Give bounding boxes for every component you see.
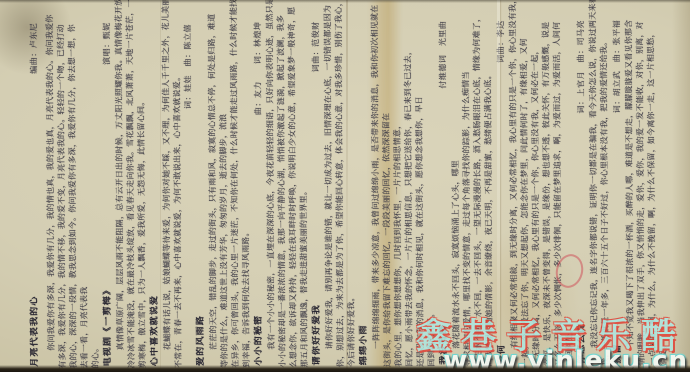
lyric-text: 你问我爱你有多深，我爱你有几分，我的情也真，我的爱也真，月亮代表我的心。你问我爱… bbox=[45, 15, 56, 351]
song-title-text: 绵绵小雨 bbox=[359, 324, 369, 365]
lyric-text: 我没忘记你忘记我，连名字你都说错，证明你一切都是在骗我，看今天你怎么说，你说过两… bbox=[588, 0, 599, 348]
lyric-text: 寻求相知的爱情，哪里找不变的情意，走过每个角落寻找你的踪影，为什么痴情当 bbox=[461, 71, 472, 366]
song-credits: 编曲：卢东尼 bbox=[28, 23, 39, 74]
lyric-line: 叫我梦里相随她的倩影，余音缭绕，夜已天明，不再是甜蜜，愁绪便占满我心底。 bbox=[482, 0, 496, 369]
lyric-text: 我，一等就是一年多，三百六十五个日子不好过，你心里根本没有我，把我的爱情还给我。 bbox=[599, 38, 610, 366]
song-title-text: 请你好好爱我 bbox=[312, 304, 322, 365]
lyric-text: 叫我梦里相随她的倩影，余音缭绕，夜已天明，不再是甜蜜，愁绪便占满我心底。 bbox=[483, 71, 494, 366]
lyric-line: 回到我的怀里。 bbox=[424, 0, 438, 370]
lyric-text: 有多深，我爱你有几分，我的情不移，我的爱不变，月亮代表我的心。轻轻的一个吻，已经… bbox=[56, 24, 67, 368]
lyric-text: 我的心，深深的一段情，教我思念到如今。你问我爱你有多深，我爱你有几分，你去想一想… bbox=[67, 24, 78, 368]
song-credits: 演唱：甄妮 bbox=[101, 22, 112, 65]
song-title-text: 心中喜欢就说爱 bbox=[150, 295, 160, 366]
lyric-text: 么想念你，欲诉却又矜持，轻轻在我耳畔时时呼唤，你说明白少女的心意，希望爱象梦一般… bbox=[287, 7, 298, 368]
scan-edge-top bbox=[0, 0, 690, 3]
lyric-text: 真情像草原广阔，层层风雨不能阻隔，总有云开日出的时候，万丈阳光照耀你我。真情像梅… bbox=[114, 0, 125, 350]
lyric-text: 不知不觉我又喝下了很浓的一杯酒，买醉的人哪，难道是不想走，朦朦胧胧爱又看见你那含 bbox=[624, 20, 635, 348]
lyric-text: 一阵阵绵绵细雨，带来多少凉意，我曾问过绵绵小雨，是否带来你的消息，我和你初次相见… bbox=[370, 5, 381, 349]
lyric-text: 茫茫的天空，错乱的脚步，走过的街头，只有雨和风，寂寞的心情总不停，何处是归路，难… bbox=[207, 14, 218, 350]
lyric-line: 消受。 bbox=[656, 0, 670, 369]
lyric-line: 到幸福，告诉我到何处去找寻风雨路。 bbox=[239, 0, 253, 371]
lyric-text: 幸福，是快乐，夜深未不曾变得，是错误，是缘份，想也想不透，彼此关怀，有万般感慨，… bbox=[541, 22, 552, 366]
lyrics-sheet-text: 月亮代表我的心编曲：卢东尼你问我爱你有多深，我爱你有几分，我的情也真，我的爱也真… bbox=[0, 0, 690, 372]
lyric-text: 还是没有你的消息，我和你何时相见，就在这街头，愿你想念我想你，早日 bbox=[415, 96, 425, 367]
lyric-text: 请你好好爱我，请别再争论是谁的错，就让一切成为过去，旧情深埋在心底，一切错误都是… bbox=[323, 5, 334, 349]
lyric-text: 有缘相聚又何必常相敍，到无缘时分离，又何必常相忆，我心里有的只是一个你，你心里没… bbox=[508, 0, 519, 348]
lyric-text: 等你的是什么，难道这世上没有芳华，匆匆的岁月，逝去的脚步，流浪 bbox=[219, 114, 229, 368]
lyric-text: 那五月和风的飘逸，替我走进甜蜜美丽的世界里。 bbox=[299, 187, 309, 367]
song-credits: 词曲：范俊财 bbox=[310, 21, 321, 72]
song-title-text: 挽留 bbox=[613, 343, 623, 363]
song-title-text: 电视剧《一剪梅》 bbox=[103, 285, 113, 367]
lyric-line: 剪寒梅，傲立雪中，只为一人飘香，爱我所爱，无怨无悔，此情长留心间。 bbox=[135, 0, 149, 371]
lyric-text: 它走水不回，水不回，一去不回头，一望无际漫漫的长路，酒入愁肠眼泪在心底，情缘为何… bbox=[472, 14, 483, 367]
lyric-text: 冷冷冰雪不能淹没，就在最冷枝头绽放，看见春天走向你我。雪花飘飘，北风萧萧，天地一… bbox=[125, 0, 136, 368]
lyric-line: 我，一等就是一年多，三百六十五个日子不好过，你心里根本没有我，把我的爱情还给我。 bbox=[598, 0, 612, 369]
lyric-text: 今后请你好好爱我。 bbox=[347, 293, 356, 367]
lyric-text: 到幸福，告诉我到何处去找寻风雨路。 bbox=[241, 228, 251, 367]
lyric-text: 这街头，是你给我留下难忘的回忆，一段段美丽的回忆，依然深深留在 bbox=[382, 113, 392, 367]
lyric-text: 消受。 bbox=[659, 341, 668, 366]
song-title-text: 月亮代表我的心 bbox=[30, 295, 40, 366]
lyric-text: 又多么无奈，多少次惆怅，多少次徘徊，只能留在梦里追求，啊，为爱而过，为爱而活，人… bbox=[552, 22, 563, 366]
lyric-text: 你，别想过去，为来为去都是为了你，希望你能回心转意，体会我的心意，对我多珍惜，别… bbox=[334, 0, 345, 367]
scan-edge-bottom bbox=[0, 365, 690, 372]
lyric-text: 我有一个小小的秘密，一直埋在深深的心底，今夜花前轻轻的细语，只好向你表明心迹，虽… bbox=[265, 0, 276, 350]
song-title-text: 我没有醉 bbox=[439, 324, 449, 365]
song-title-text: 你怎么说 bbox=[577, 323, 587, 364]
song-credits: 词：娃娃 曲：陈立僖 bbox=[182, 24, 193, 109]
fold-crease-right bbox=[497, 0, 500, 372]
lyric-text: 日回何处。 bbox=[565, 325, 574, 366]
lyric-line: 那五月和风的飘逸，替我走进甜蜜美丽的世界里。 bbox=[297, 0, 311, 370]
lyric-text: 去看一看，月亮代表我 bbox=[80, 287, 89, 369]
lyric-text: 不常在，青春一去不再来，心中喜欢就说爱，为何不敢说出来，心中喜欢就说爱。 bbox=[172, 73, 183, 368]
lyric-text: 到无缘时分离，又何必常相忆，我心里有的只是一个你，你心里没有我，又何必在一起， bbox=[530, 46, 541, 366]
lyric-line: 日回何处。 bbox=[562, 0, 576, 369]
lyric-text: 花蝴蝶有话儿说，姑娘蝴蝶等待来爱，为何你对她不睬，又不理，为何佳人千千里之外，花… bbox=[161, 0, 172, 350]
lyric-text: 我的心里，想你想你想想你，几时回到我怀里，一片片的相思情意， bbox=[393, 121, 403, 367]
lyric-text: 回忆，愿小雨带去我的怀念，一片片的相思信息，只想把它送给你，春已来到冬已过去， bbox=[403, 47, 414, 367]
lyric-text: 剪寒梅，傲立雪中，只为一人飘香，爱我所爱，无怨无悔，此情长留心间。 bbox=[137, 98, 147, 369]
song-credits: 付维德词 光里曲 bbox=[437, 21, 448, 89]
song-credits: 词：上官月 曲：司马亮 bbox=[575, 20, 586, 114]
song-credits: 词：胡立武 曲：张平福 bbox=[611, 20, 622, 114]
song-credits: 曲：友力 词：林煌坤 bbox=[252, 22, 263, 116]
lyric-text: 回到我的怀里。 bbox=[427, 309, 436, 366]
song-title-text: 爱的风雨路 bbox=[196, 315, 206, 366]
fold-crease-middle bbox=[346, 0, 348, 372]
song-title: 月亮代表我的心编曲：卢东尼 bbox=[28, 0, 42, 372]
scanned-lyrics-sheet: 月亮代表我的心编曲：卢东尼你问我爱你有多深，我爱你有几分，我的情也真，我的爱也真… bbox=[0, 0, 690, 372]
lyric-text: 情的眼眸，当我伸出了双手，你又悄悄的走，爱你，爱你，我的爱一发不能收，对你，别离… bbox=[635, 21, 646, 365]
lyric-text: 一起。今天没法忘了你，明天又想起你，怎能念你在梦里，问此情何时了，有缘相爱，又何 bbox=[519, 38, 530, 366]
lyric-text: 在异乡，你可曾回头，我的心里一片迷茫，不知你在何处，什么时候才能走过风雨路，什么… bbox=[229, 0, 240, 368]
lyric-line: 的心。 bbox=[88, 0, 102, 372]
lyric-text: 小小的秘密却是一番浓浓的情意，我那一向平静的心湖，悄悄被你激起了涟漪，掀起了波澜… bbox=[276, 15, 287, 368]
song-title-text: 小小的秘密 bbox=[254, 315, 264, 366]
lyric-text: 落花随着流水永不回头，寂寞烦恼涌上了心头，哪里 bbox=[451, 160, 461, 349]
lyric-text: 一点保留，啊，为什么，为什么不挽留，啊，为什么不保留，如今离你一走，这一片相思愁… bbox=[646, 29, 657, 365]
